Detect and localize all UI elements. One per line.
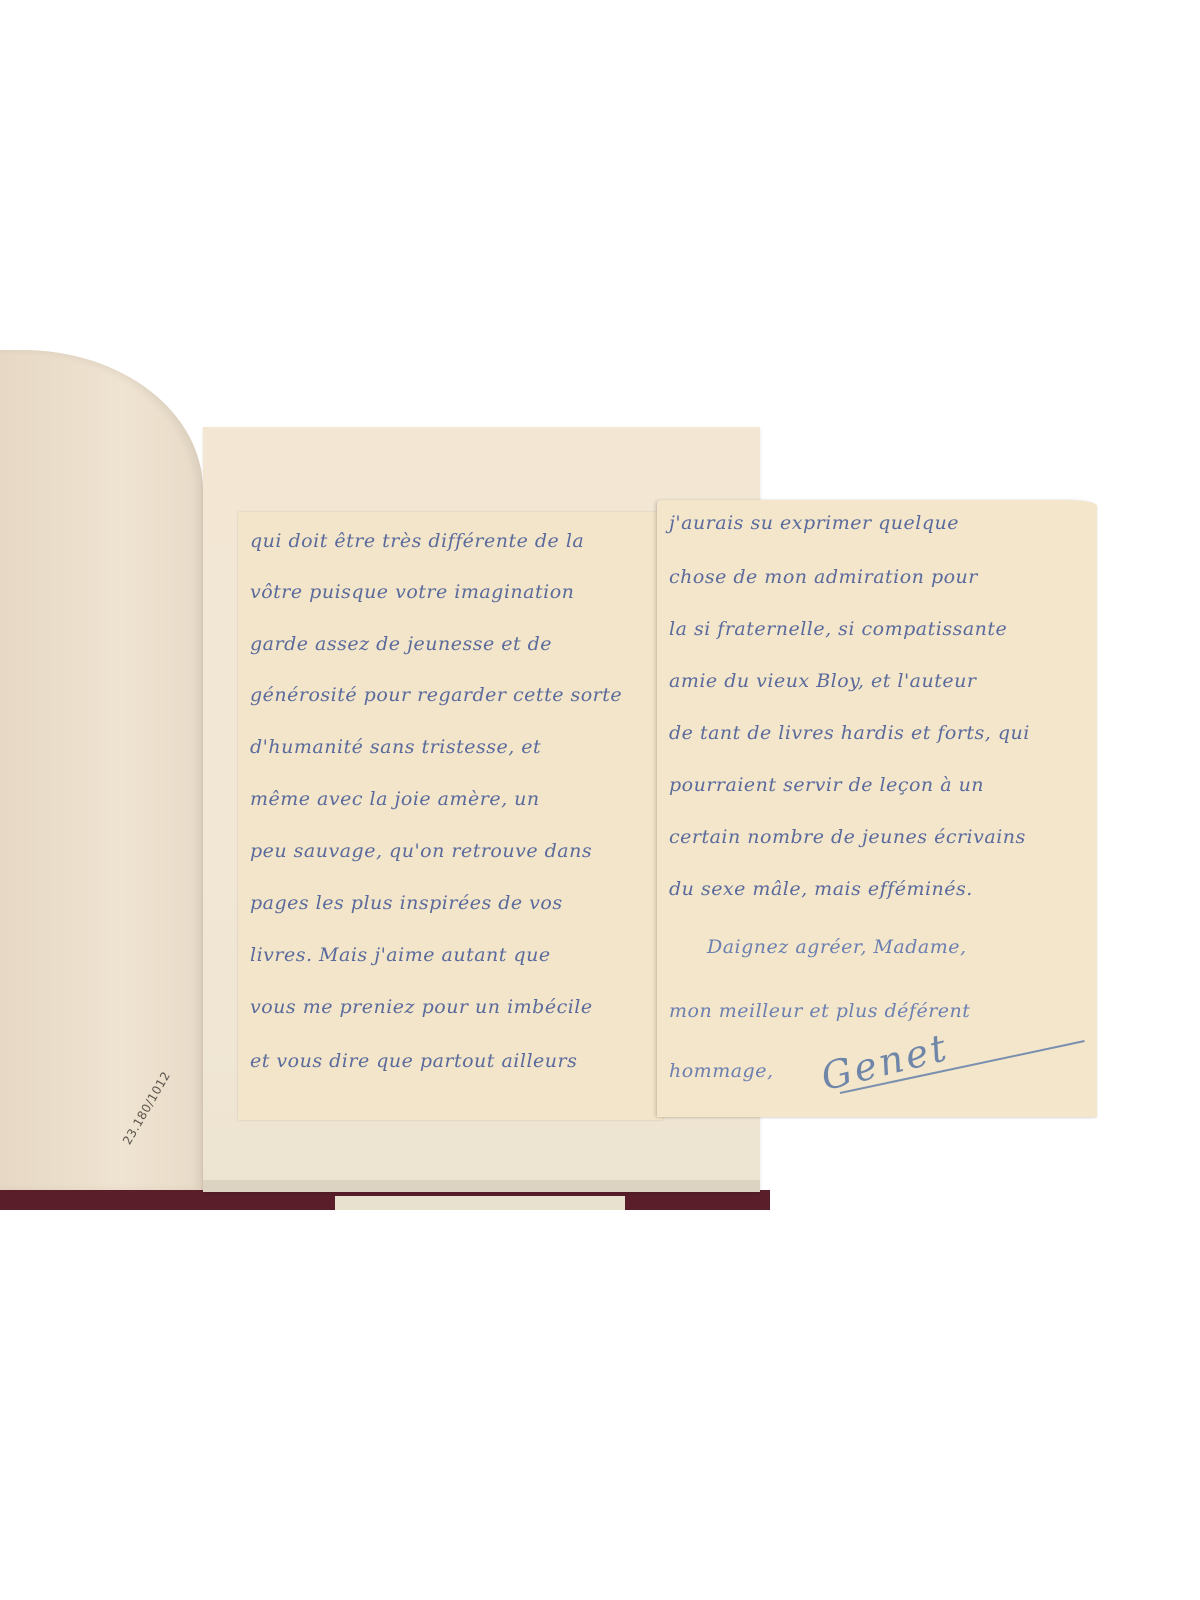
letter-line: vôtre puisque votre imagination (250, 581, 574, 603)
letter-line: du sexe mâle, mais efféminés. (669, 878, 973, 900)
letter-left-text: qui doit être très différente de la vôtr… (238, 512, 663, 1120)
letter-line: et vous dire que partout ailleurs (250, 1050, 577, 1072)
book-page-edges (335, 1196, 625, 1210)
book-flyleaf (0, 350, 203, 1190)
letter-line: certain nombre de jeunes écrivains (669, 826, 1026, 848)
letter-closing-line: mon meilleur et plus déférent (669, 1000, 970, 1022)
letter-line: de tant de livres hardis et forts, qui (669, 722, 1030, 744)
letter-line: vous me preniez pour un imbécile (250, 996, 593, 1018)
letter-line: même avec la joie amère, un (250, 788, 540, 810)
letter-line: chose de mon admiration pour (669, 566, 978, 588)
letter-line: d'humanité sans tristesse, et (250, 736, 541, 758)
letter-line: pages les plus inspirées de vos (250, 892, 563, 914)
letter-line: qui doit être très différente de la (250, 530, 584, 552)
letter-line: amie du vieux Bloy, et l'auteur (669, 670, 976, 692)
letter-line: livres. Mais j'aime autant que (250, 944, 551, 966)
letter-line: peu sauvage, qu'on retrouve dans (250, 840, 592, 862)
book-page-bottom-edge (203, 1180, 760, 1192)
letter-line: j'aurais su exprimer quelque (669, 512, 959, 534)
letter-line: générosité pour regarder cette sorte (250, 684, 622, 706)
photo-scene: 23.180/1012 qui doit être très différent… (0, 0, 1200, 1600)
letter-right-text: j'aurais su exprimer quelque chose de mo… (657, 500, 1097, 1117)
letter-line: pourraient servir de leçon à un (669, 774, 984, 796)
letter-closing-line: hommage, (669, 1060, 773, 1082)
letter-line: la si fraternelle, si compatissante (669, 618, 1007, 640)
letter-closing-line: Daignez agréer, Madame, (707, 936, 967, 958)
letter-line: garde assez de jeunesse et de (250, 633, 552, 655)
